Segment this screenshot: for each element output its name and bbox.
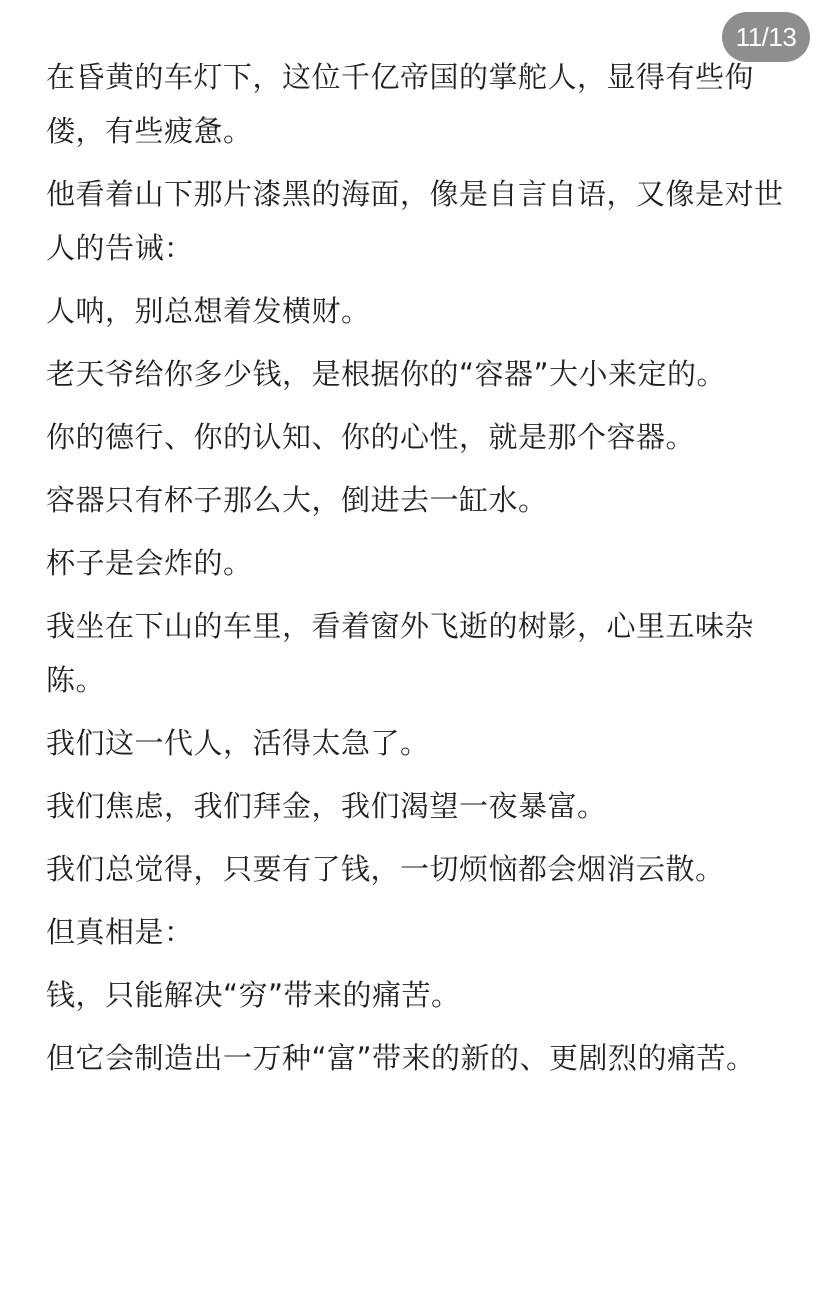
article-body: 在昏黄的车灯下，这位千亿帝国的掌舵人，显得有些佝偻，有些疲惫。 他看着山下那片漆…: [30, 50, 792, 1094]
paragraph: 老天爷给你多少钱，是根据你的“容器”大小来定的。: [30, 347, 792, 401]
paragraph: 但它会制造出一万种“富”带来的新的、更剧烈的痛苦。: [30, 1031, 792, 1085]
paragraph: 杯子是会炸的。: [30, 536, 792, 590]
paragraph: 容器只有杯子那么大，倒进去一缸水。: [30, 473, 792, 527]
paragraph: 我们总觉得，只要有了钱，一切烦恼都会烟消云散。: [30, 842, 792, 896]
paragraph: 人呐，别总想着发横财。: [30, 284, 792, 338]
paragraph: 我坐在下山的车里，看着窗外飞逝的树影，心里五味杂陈。: [30, 599, 792, 707]
paragraph: 他看着山下那片漆黑的海面，像是自言自语，又像是对世人的告诫：: [30, 167, 792, 275]
paragraph: 但真相是：: [30, 905, 792, 959]
paragraph: 我们这一代人，活得太急了。: [30, 716, 792, 770]
paragraph: 钱，只能解决“穷”带来的痛苦。: [30, 968, 792, 1022]
page-indicator-badge: 11/13: [722, 12, 810, 62]
paragraph: 你的德行、你的认知、你的心性，就是那个容器。: [30, 410, 792, 464]
paragraph: 在昏黄的车灯下，这位千亿帝国的掌舵人，显得有些佝偻，有些疲惫。: [30, 50, 792, 158]
paragraph: 我们焦虑，我们拜金，我们渴望一夜暴富。: [30, 779, 792, 833]
